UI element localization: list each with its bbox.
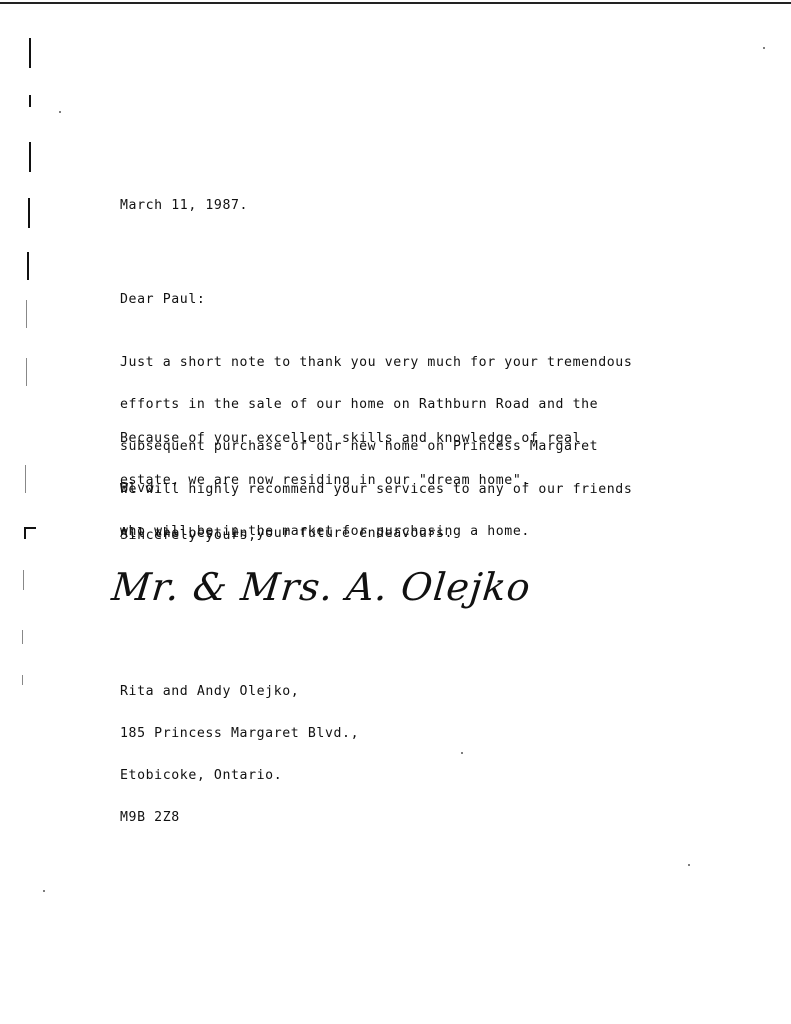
- margin-mark: [26, 300, 27, 328]
- margin-mark: [25, 465, 26, 493]
- scan-top-edge: [0, 2, 791, 4]
- scan-speck: [688, 864, 690, 866]
- scan-speck: [763, 47, 765, 49]
- margin-mark: [22, 675, 23, 685]
- letter-salutation: Dear Paul:: [120, 293, 205, 307]
- margin-mark: [29, 38, 31, 68]
- scan-speck: [59, 111, 61, 113]
- margin-mark: [29, 95, 31, 107]
- margin-mark: [23, 570, 24, 590]
- margin-mark: [22, 630, 23, 644]
- sender-address-block: Rita and Andy Olejko, 185 Princess Marga…: [120, 657, 359, 853]
- sender-postal-code: M9B 2Z8: [120, 811, 359, 825]
- margin-mark: [26, 358, 27, 386]
- scan-speck: [461, 752, 463, 754]
- sender-city: Etobicoke, Ontario.: [120, 769, 359, 783]
- sender-street: 185 Princess Margaret Blvd.,: [120, 727, 359, 741]
- margin-mark: [29, 142, 31, 172]
- margin-mark: [27, 252, 29, 280]
- letter-closing: Sincerely yours,: [120, 529, 257, 543]
- letter-date: March 11, 1987.: [120, 199, 248, 213]
- sender-names: Rita and Andy Olejko,: [120, 685, 359, 699]
- scanned-letter-page: March 11, 1987. Dear Paul: Just a short …: [0, 0, 791, 1024]
- margin-mark: [28, 198, 30, 228]
- margin-mark: [24, 527, 36, 529]
- handwritten-signature: Mr. & Mrs. A. Olejko: [110, 565, 533, 609]
- scan-speck: [43, 890, 45, 892]
